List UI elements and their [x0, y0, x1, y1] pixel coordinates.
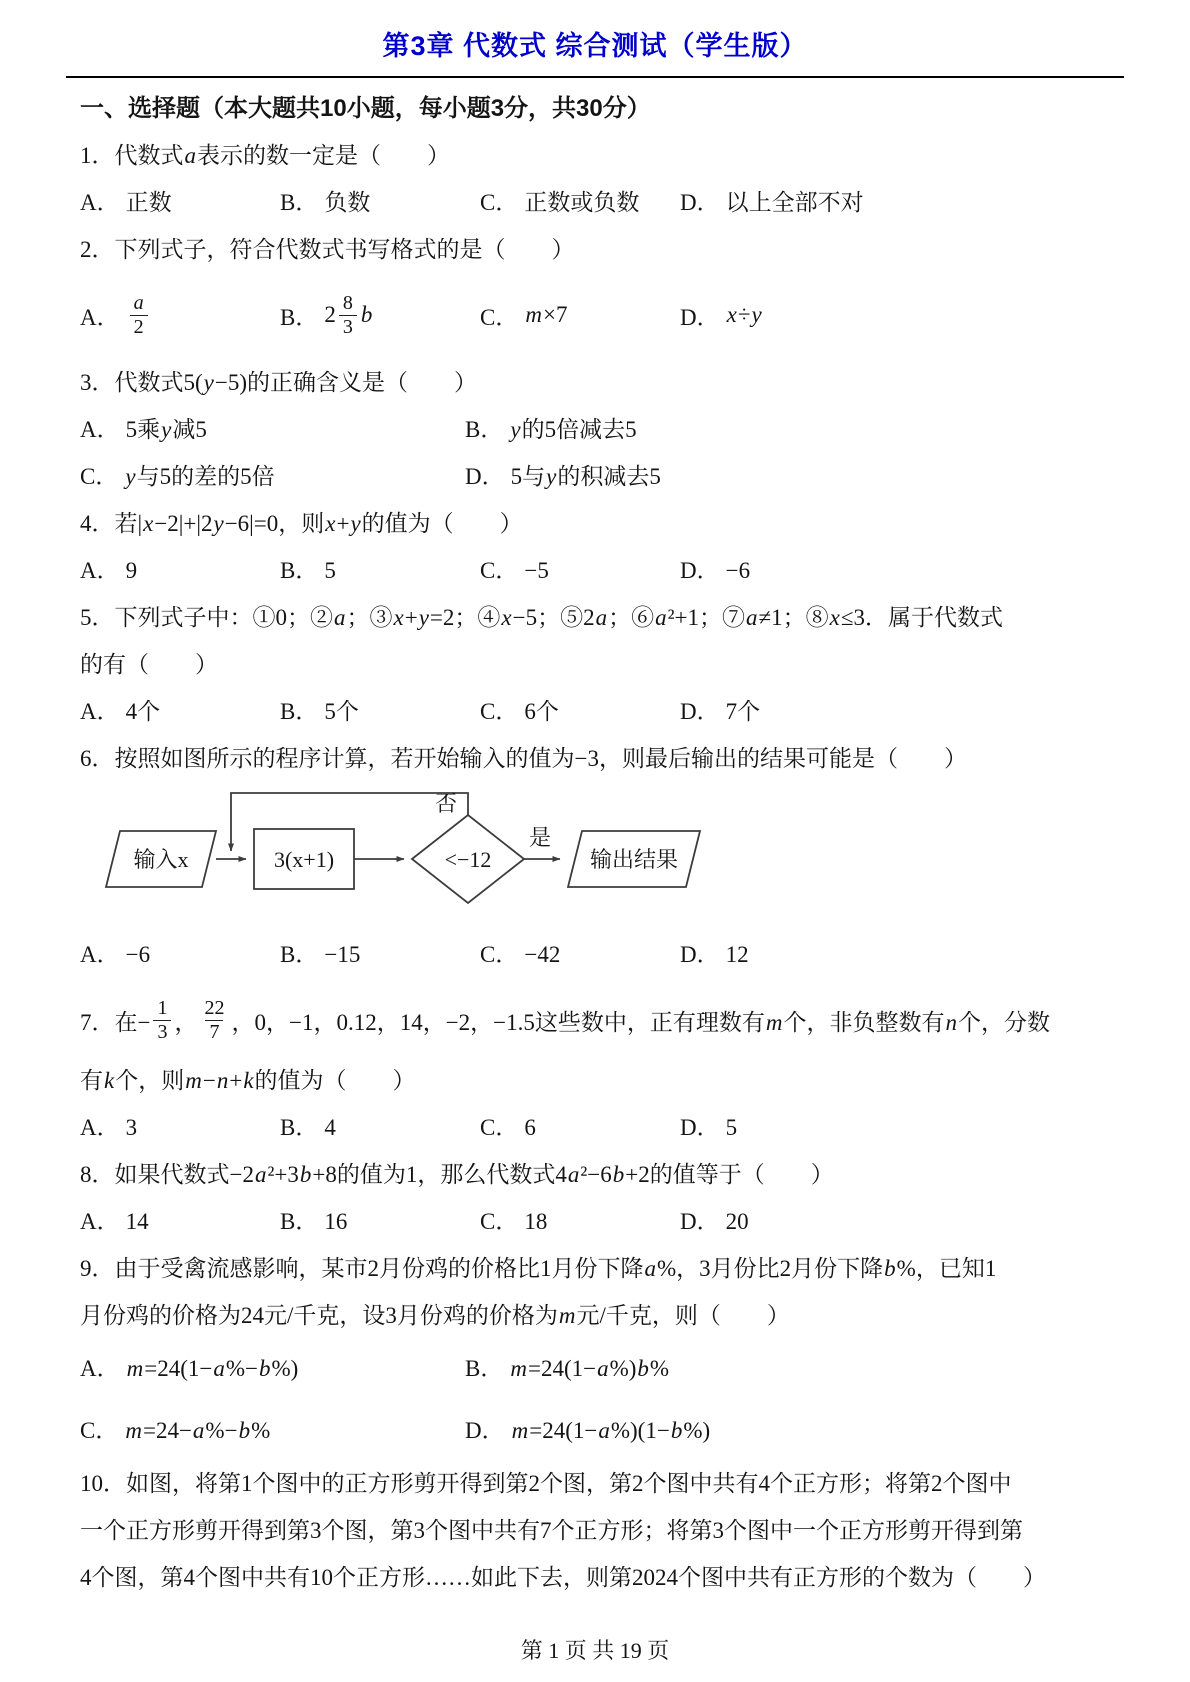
option-label: D． — [465, 461, 505, 493]
option-label: A． — [80, 555, 120, 587]
program-flowchart-figure: 输入x 3(x+1) <−12 否 是 输出结果 — [88, 783, 1110, 929]
question-3-options-ab: A．5乘y减5 B．y的5倍减去5 — [80, 414, 1110, 446]
question-9: 9．由于受禽流感影响，某市2月份鸡的价格比1月份下降a%，3月份比2月份下降b%… — [80, 1253, 1110, 1448]
question-7-stem-line1: 7．在− 13 ， 227 ，0，−1，0.12，14，−2，−1.5这些数中，… — [80, 983, 1110, 1057]
option-d: D．m=24(1−a%)(1−b%) — [465, 1414, 1110, 1448]
question-1: 1．代数式a表示的数一定是（ ） A．正数 B．负数 C．正数或负数 D．以上全… — [80, 140, 1110, 219]
option-text: 4 — [324, 1112, 336, 1144]
question-3-stem: 3．代数式5(y−5)的正确含义是（ ） — [80, 367, 1110, 399]
option-label: A． — [80, 1352, 120, 1386]
question-5: 5．下列式子中：①0；②a；③x+y=2；④x−5；⑤2a；⑥a²+1；⑦a≠1… — [80, 602, 1110, 728]
question-3: 3．代数式5(y−5)的正确含义是（ ） A．5乘y减5 B．y的5倍减去5 C… — [80, 367, 1110, 493]
option-label: A． — [80, 187, 120, 219]
test-paper-page: 第3章 代数式 综合测试（学生版） 一、选择题（本大题共10小题，每小题3分，共… — [0, 0, 1190, 1666]
option-label: C． — [480, 939, 518, 971]
question-6: 6．按照如图所示的程序计算，若开始输入的值为−3，则最后输出的结果可能是（ ） … — [80, 743, 1110, 971]
question-8-stem: 8．如果代数式−2a²+3b+8的值为1，那么代数式4a²−6b+2的值等于（ … — [80, 1159, 1110, 1191]
option-label: C． — [480, 299, 518, 332]
option-text: 4个 — [126, 696, 161, 728]
question-1-options: A．正数 B．负数 C．正数或负数 D．以上全部不对 — [80, 187, 1110, 219]
option-text: 5乘y减5 — [126, 414, 207, 446]
question-2-stem: 2．下列式子，符合代数式书写格式的是（ ） — [80, 234, 1110, 266]
option-text: m=24−a%−b% — [124, 1414, 270, 1448]
question-7: 7．在− 13 ， 227 ，0，−1，0.12，14，−2，−1.5这些数中，… — [80, 983, 1110, 1144]
option-text: −6 — [126, 939, 150, 971]
question-6-stem: 6．按照如图所示的程序计算，若开始输入的值为−3，则最后输出的结果可能是（ ） — [80, 743, 1110, 775]
option-b: B．y的5倍减去5 — [465, 414, 1110, 446]
question-8: 8．如果代数式−2a²+3b+8的值为1，那么代数式4a²−6b+2的值等于（ … — [80, 1159, 1110, 1238]
option-d: D．7个 — [680, 696, 1110, 728]
option-d: D．12 — [680, 939, 1110, 971]
flow-input-label: 输入x — [133, 847, 188, 872]
question-5-options: A．4个 B．5个 C．6个 D．7个 — [80, 696, 1110, 728]
option-label: C． — [480, 1206, 518, 1238]
option-c: C．m×7 — [480, 299, 680, 332]
question-10-stem-line3: 4个图，第4个图中共有10个正方形……如此下去，则第2024个图中共有正方形的个… — [80, 1562, 1110, 1594]
option-label: B． — [280, 939, 318, 971]
option-text: 正数 — [126, 187, 172, 219]
fraction: 83 — [339, 292, 357, 338]
option-text: 12 — [726, 939, 749, 971]
option-label: A． — [80, 299, 120, 332]
option-a: A．9 — [80, 555, 280, 587]
question-7-stem-line2: 有k个，则m−n+k的值为（ ） — [80, 1065, 1110, 1097]
stem-text: 7．在− — [80, 1004, 150, 1037]
option-a: A．5乘y减5 — [80, 414, 465, 446]
option-label: B． — [465, 1352, 503, 1386]
option-text: 5个 — [324, 696, 359, 728]
option-a: A．3 — [80, 1112, 280, 1144]
question-9-options-ab: A．m=24(1−a%−b%) B．m=24(1−a%)b% — [80, 1352, 1110, 1386]
option-b: B．m=24(1−a%)b% — [465, 1352, 1110, 1386]
fraction-numerator: 1 — [153, 997, 171, 1019]
option-text: 5 — [324, 555, 336, 587]
option-c: C．6个 — [480, 696, 680, 728]
option-text: x÷y — [726, 302, 763, 328]
option-d: D．x÷y — [680, 299, 1110, 332]
fraction-numerator: 22 — [200, 997, 228, 1019]
doc-title: 第3章 代数式 综合测试（学生版） — [80, 28, 1110, 64]
question-5-stem-line1: 5．下列式子中：①0；②a；③x+y=2；④x−5；⑤2a；⑥a²+1；⑦a≠1… — [80, 602, 1110, 634]
mixed-number-integer: 2 — [324, 302, 336, 328]
option-b: B．−15 — [280, 939, 480, 971]
option-text: 6 — [524, 1112, 536, 1144]
title-divider — [66, 76, 1124, 78]
option-text: 14 — [126, 1206, 149, 1238]
page-number-footer: 第 1 页 共 19 页 — [80, 1636, 1110, 1666]
option-a: A．14 — [80, 1206, 280, 1238]
option-label: B． — [280, 555, 318, 587]
question-9-options-cd: C．m=24−a%−b% D．m=24(1−a%)(1−b%) — [80, 1414, 1110, 1448]
question-8-options: A．14 B．16 C．18 D．20 — [80, 1206, 1110, 1238]
flow-output-label: 输出结果 — [590, 847, 678, 872]
option-text: −42 — [524, 939, 560, 971]
option-label: D． — [680, 696, 720, 728]
option-text: m=24(1−a%)(1−b%) — [511, 1414, 711, 1448]
option-label: A． — [80, 414, 120, 446]
option-label: D． — [680, 1112, 720, 1144]
option-c: C．m=24−a%−b% — [80, 1414, 465, 1448]
question-2-options: A． a2 B． 2 83 b C．m×7 D．x÷y — [80, 278, 1110, 352]
option-label: C． — [80, 461, 118, 493]
option-label: D． — [680, 299, 720, 332]
flow-yes-label: 是 — [529, 825, 551, 850]
option-text: 18 — [524, 1206, 547, 1238]
fraction-denominator: 3 — [153, 1020, 171, 1043]
option-a: A．正数 — [80, 187, 280, 219]
option-label: C． — [480, 696, 518, 728]
option-text: 负数 — [324, 187, 370, 219]
option-label: D． — [680, 939, 720, 971]
question-4: 4．若|x−2|+|2y−6|=0，则x+y的值为（ ） A．9 B．5 C．−… — [80, 508, 1110, 587]
option-text: 5与y的积减去5 — [511, 461, 661, 493]
option-text: m×7 — [524, 302, 567, 328]
option-b: B．5个 — [280, 696, 480, 728]
flow-decision-label: <−12 — [445, 847, 492, 872]
option-text: 7个 — [726, 696, 761, 728]
option-text: 20 — [726, 1206, 749, 1238]
option-text: m=24(1−a%−b%) — [126, 1352, 299, 1386]
fraction: 227 — [200, 997, 228, 1043]
option-a: A．−6 — [80, 939, 280, 971]
option-label: C． — [480, 1112, 518, 1144]
option-text: m=24(1−a%)b% — [509, 1352, 669, 1386]
question-4-stem: 4．若|x−2|+|2y−6|=0，则x+y的值为（ ） — [80, 508, 1110, 540]
stem-text: ， — [174, 1004, 197, 1037]
option-a: A．4个 — [80, 696, 280, 728]
option-b: B． 2 83 b — [280, 292, 480, 338]
flow-no-label: 否 — [435, 791, 457, 816]
option-c: C．正数或负数 — [480, 187, 680, 219]
question-7-options: A．3 B．4 C．6 D．5 — [80, 1112, 1110, 1144]
option-d: D．20 — [680, 1206, 1110, 1238]
question-6-options: A．−6 B．−15 C．−42 D．12 — [80, 939, 1110, 971]
option-text: −6 — [726, 555, 750, 587]
option-c: C．−42 — [480, 939, 680, 971]
question-10: 10．如图，将第1个图中的正方形剪开得到第2个图，第2个图中共有4个正方形；将第… — [80, 1468, 1110, 1594]
option-label: B． — [280, 1206, 318, 1238]
option-label: B． — [465, 414, 503, 446]
stem-text: ，0，−1，0.12，14，−2，−1.5这些数中，正有理数有m个，非负整数有n… — [231, 1004, 1050, 1037]
option-label: D． — [465, 1414, 505, 1448]
option-label: B． — [280, 187, 318, 219]
fraction: 13 — [153, 997, 171, 1043]
question-3-options-cd: C．y与5的差的5倍 D．5与y的积减去5 — [80, 461, 1110, 493]
option-label: D． — [680, 1206, 720, 1238]
option-c: C．y与5的差的5倍 — [80, 461, 465, 493]
option-label: B． — [280, 696, 318, 728]
option-a: A．m=24(1−a%−b%) — [80, 1352, 465, 1386]
question-2: 2．下列式子，符合代数式书写格式的是（ ） A． a2 B． 2 83 b C．… — [80, 234, 1110, 352]
fraction-denominator: 3 — [339, 315, 357, 338]
option-label: B． — [280, 1112, 318, 1144]
option-text: 以上全部不对 — [726, 187, 864, 219]
option-text: −15 — [324, 939, 360, 971]
question-10-stem-line1: 10．如图，将第1个图中的正方形剪开得到第2个图，第2个图中共有4个正方形；将第… — [80, 1468, 1110, 1500]
option-text: 9 — [126, 555, 138, 587]
option-c: C．6 — [480, 1112, 680, 1144]
option-label: B． — [280, 299, 318, 332]
option-b: B．5 — [280, 555, 480, 587]
question-5-stem-line2: 的有（ ） — [80, 649, 1110, 681]
fraction: a2 — [129, 292, 149, 338]
option-label: C． — [480, 187, 518, 219]
question-9-stem-line2: 月份鸡的价格为24元/千克，设3月份鸡的价格为m元/千克，则（ ） — [80, 1300, 1110, 1332]
option-d: D．−6 — [680, 555, 1110, 587]
option-label: A． — [80, 1112, 120, 1144]
option-label: A． — [80, 696, 120, 728]
question-10-stem-line2: 一个正方形剪开得到第3个图，第3个图中共有7个正方形；将第3个图中一个正方形剪开… — [80, 1515, 1110, 1547]
option-text: 正数或负数 — [524, 187, 639, 219]
fraction-numerator: a — [129, 292, 149, 314]
fraction-numerator: 8 — [339, 292, 357, 314]
option-label: D． — [680, 555, 720, 587]
program-flowchart: 输入x 3(x+1) <−12 否 是 输出结果 — [88, 783, 708, 923]
section-heading: 一、选择题（本大题共10小题，每小题3分，共30分） — [80, 93, 1110, 125]
option-c: C．18 — [480, 1206, 680, 1238]
question-9-stem-line1: 9．由于受禽流感影响，某市2月份鸡的价格比1月份下降a%，3月份比2月份下降b%… — [80, 1253, 1110, 1285]
option-d: D．5与y的积减去5 — [465, 461, 1110, 493]
option-c: C．−5 — [480, 555, 680, 587]
flow-process-label: 3(x+1) — [274, 847, 334, 872]
option-b: B．4 — [280, 1112, 480, 1144]
option-label: A． — [80, 939, 120, 971]
option-text: y与5的差的5倍 — [124, 461, 274, 493]
option-b: B．负数 — [280, 187, 480, 219]
question-4-options: A．9 B．5 C．−5 D．−6 — [80, 555, 1110, 587]
option-text: 6个 — [524, 696, 559, 728]
option-text: 5 — [726, 1112, 738, 1144]
option-d: D．以上全部不对 — [680, 187, 1110, 219]
option-text: 16 — [324, 1206, 347, 1238]
option-text: y的5倍减去5 — [509, 414, 636, 446]
question-1-stem: 1．代数式a表示的数一定是（ ） — [80, 140, 1110, 172]
option-label: D． — [680, 187, 720, 219]
option-label: C． — [480, 555, 518, 587]
fraction-denominator: 7 — [205, 1020, 223, 1043]
option-label: C． — [80, 1414, 118, 1448]
mixed-number-variable: b — [360, 302, 374, 328]
option-b: B．16 — [280, 1206, 480, 1238]
option-text: −5 — [524, 555, 548, 587]
option-d: D．5 — [680, 1112, 1110, 1144]
option-label: A． — [80, 1206, 120, 1238]
option-a: A． a2 — [80, 292, 280, 338]
option-text: 3 — [126, 1112, 138, 1144]
fraction-denominator: 2 — [130, 315, 148, 338]
